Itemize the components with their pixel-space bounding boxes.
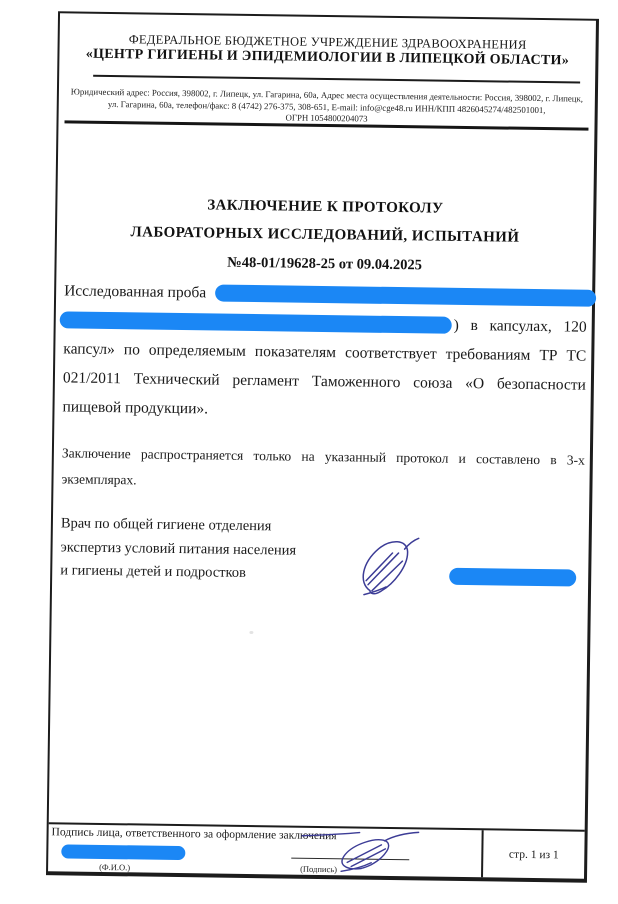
conclusion-title-line2: ЛАБОРАТОРНЫХ ИССЛЕДОВАНИЙ, ИСПЫТАНИЙ [57, 223, 593, 247]
scanned-document-page: ФЕДЕРАЛЬНОЕ БЮДЖЕТНОЕ УЧРЕЖДЕНИЕ ЗДРАВОО… [46, 11, 599, 882]
page-indicator-cell: стр. 1 из 1 [481, 830, 585, 878]
fio-caption: (Ф.И.О.) [99, 862, 130, 872]
footer-signature-ink-icon [301, 828, 420, 877]
signer-position-line2: экспертиз условий питания населения [60, 536, 296, 563]
conclusion-paragraph-2: Заключение распространяется только на ук… [61, 440, 585, 499]
sample-after-redaction-text: ) в капсулах, 120 [452, 311, 587, 342]
conclusion-paragraph-1: Исследованная проба ) в капсулах, 120 ка… [62, 276, 587, 428]
footer-signature-cell: Подпись лица, ответственного за оформлен… [48, 824, 482, 877]
page-indicator: стр. 1 из 1 [509, 848, 559, 861]
footer-table: Подпись лица, ответственного за оформлен… [48, 822, 585, 878]
signer-position-line1: Врач по общей гигиене отделения [61, 512, 297, 539]
scan-speck [249, 631, 253, 634]
signature-ink-icon [356, 536, 421, 599]
signer-position-line3: и гигиены детей и подростков [60, 559, 296, 586]
redaction-bar-signer-name [449, 568, 576, 587]
letterhead-divider-thin [93, 75, 580, 84]
redaction-bar-fio [61, 844, 185, 860]
redaction-bar-2 [60, 311, 452, 333]
protocol-number-line: №48-01/19628-25 от 09.04.2025 [56, 252, 592, 276]
conclusion-title-line1: ЗАКЛЮЧЕНИЕ К ПРОТОКОЛУ [57, 195, 593, 219]
signer-position-block: Врач по общей гигиене отделения эксперти… [60, 512, 297, 586]
investigated-sample-lead: Исследованная проба [64, 276, 206, 307]
responsible-person-label: Подпись лица, ответственного за оформлен… [52, 826, 337, 842]
redaction-bar-1 [215, 284, 596, 306]
